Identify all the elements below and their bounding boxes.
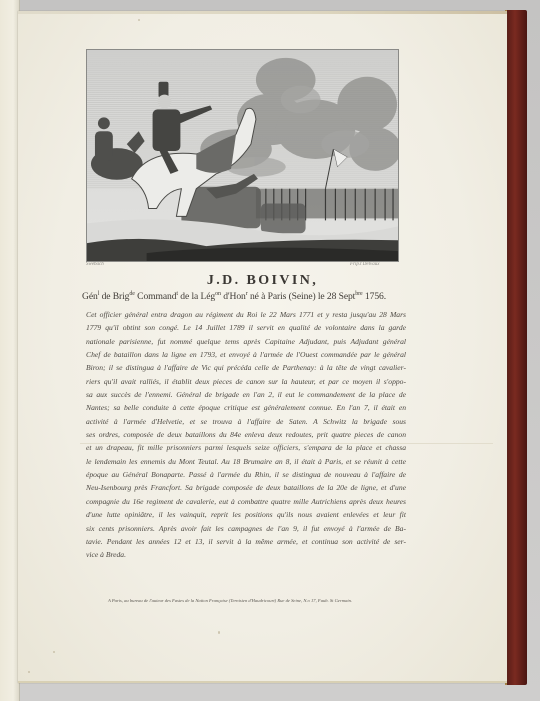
battle-engraving: [86, 49, 399, 262]
foxing-spot: [218, 631, 220, 634]
subtitle-part: Gén: [82, 291, 98, 302]
biography-line: six cents prisonniers. Après avoir fait …: [86, 522, 406, 535]
engraver-credit: Frip.t Delvaux: [350, 262, 379, 267]
biography-line: tavie. Pendant les années 12 et 13, il s…: [86, 535, 406, 548]
subtitle-part: d'Hon: [221, 291, 246, 302]
biography-line: activité à l'armée d'Helvetie, et se tro…: [86, 415, 406, 428]
biography-line: ses ordres, composée de deux bataillons …: [86, 428, 406, 441]
foxing-spot: [138, 19, 140, 21]
subtitle-part: de Brig: [99, 291, 129, 302]
subtitle-part: de la Lég: [178, 291, 215, 302]
battle-scene-illustration: [87, 50, 398, 261]
biography-line: compagnie du 16e regiment de cavalerie, …: [86, 495, 406, 508]
subtitle-part: 1756.: [363, 291, 386, 302]
subtitle-part: né à Paris (Seine) le 28 Sept: [248, 291, 356, 302]
subtitle-part: Command: [135, 291, 177, 302]
biography-line: Cet officier général entra dragon au rég…: [86, 308, 406, 321]
biography-line: sa aux succès de l'ennemi. Général de br…: [86, 388, 406, 401]
biography-line: Biron; il se distingua à l'affaire de Vi…: [86, 361, 406, 374]
biography-line: le lendemain les ennemis du Mont Teutal.…: [86, 455, 406, 468]
book-cover-edge: [505, 10, 527, 685]
foxing-spot: [28, 671, 30, 673]
biography-line: époque au Général Bonaparte. Passé à l'a…: [86, 468, 406, 481]
biography-text: Cet officier général entra dragon au rég…: [86, 308, 406, 562]
biography-line: d'une lutte opiniâtre, il les vainquit, …: [86, 508, 406, 521]
biography-line: et un drapeau, fit mille prisonniers par…: [86, 441, 406, 454]
artist-credit: Swebach: [86, 262, 104, 267]
publisher-imprint: A Paris, au bureau de l'auteur des Faste…: [108, 598, 398, 603]
biography-line: 1779 qu'il obtint son congé. Le 14 Juill…: [86, 321, 406, 334]
subject-name: J.D. BOIVIN,: [18, 273, 507, 289]
biography-line: Chef de bataillon dans la ligne en 1793,…: [86, 348, 406, 361]
biography-line: vice à Breda.: [86, 548, 406, 561]
foxing-spot: [53, 651, 55, 653]
left-page-edge: [0, 0, 20, 701]
biography-line: Neu-Isenbourg près Francfort. Sa brigade…: [86, 481, 406, 494]
biography-line: nationale parisienne, fut nommé quelque …: [86, 335, 406, 348]
biography-line: riers qu'il avait ralliés, il établit de…: [86, 375, 406, 388]
subject-rank-and-birth: Génl de Brigde Commandt de la Légon d'Ho…: [82, 291, 412, 302]
biography-line: Nantes; sa belle conduite à cette époque…: [86, 401, 406, 414]
